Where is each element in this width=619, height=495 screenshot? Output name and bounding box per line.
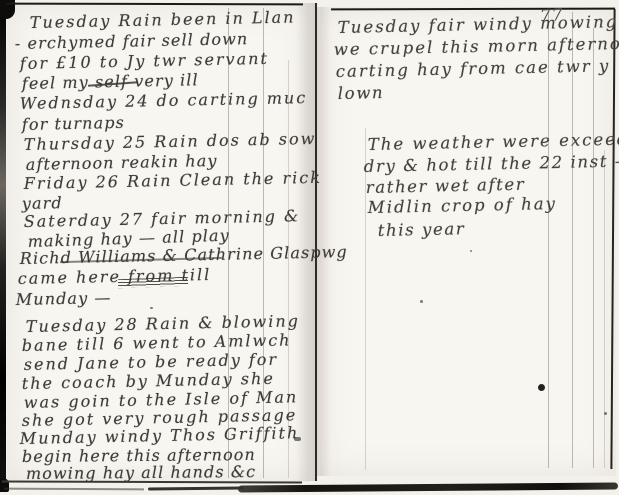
handwritten-line: lown (338, 85, 385, 102)
book-edge-bottom (238, 483, 618, 493)
page-crease (548, 12, 549, 468)
ink-speck (358, 90, 361, 92)
ink-speck (604, 412, 607, 415)
handwritten-line: for turnaps (22, 115, 125, 133)
book-edge-left (0, 0, 6, 487)
ink-blot (538, 384, 545, 391)
book-edge-bottom (4, 488, 144, 491)
page-crease (604, 150, 605, 468)
handwritten-line: mowing hay all hands &c (26, 464, 256, 482)
ink-speck (150, 307, 153, 309)
ink-speck (294, 437, 301, 441)
handwritten-line: this year (378, 221, 466, 239)
handwritten-line: yard (22, 195, 63, 212)
book-edge-bottom (148, 486, 244, 490)
page-crease (572, 12, 573, 468)
diary-scan: 77 Tuesday Rain been in Llan - erchymed … (0, 0, 619, 495)
ink-speck (420, 300, 423, 303)
gutter-shadow (317, 7, 331, 476)
ink-speck (470, 250, 472, 252)
handwritten-line: rather wet after (366, 177, 526, 197)
page-crease (593, 28, 594, 468)
handwritten-line: Munday — (16, 290, 112, 308)
handwritten-line: Midlin crop of hay (368, 196, 557, 216)
